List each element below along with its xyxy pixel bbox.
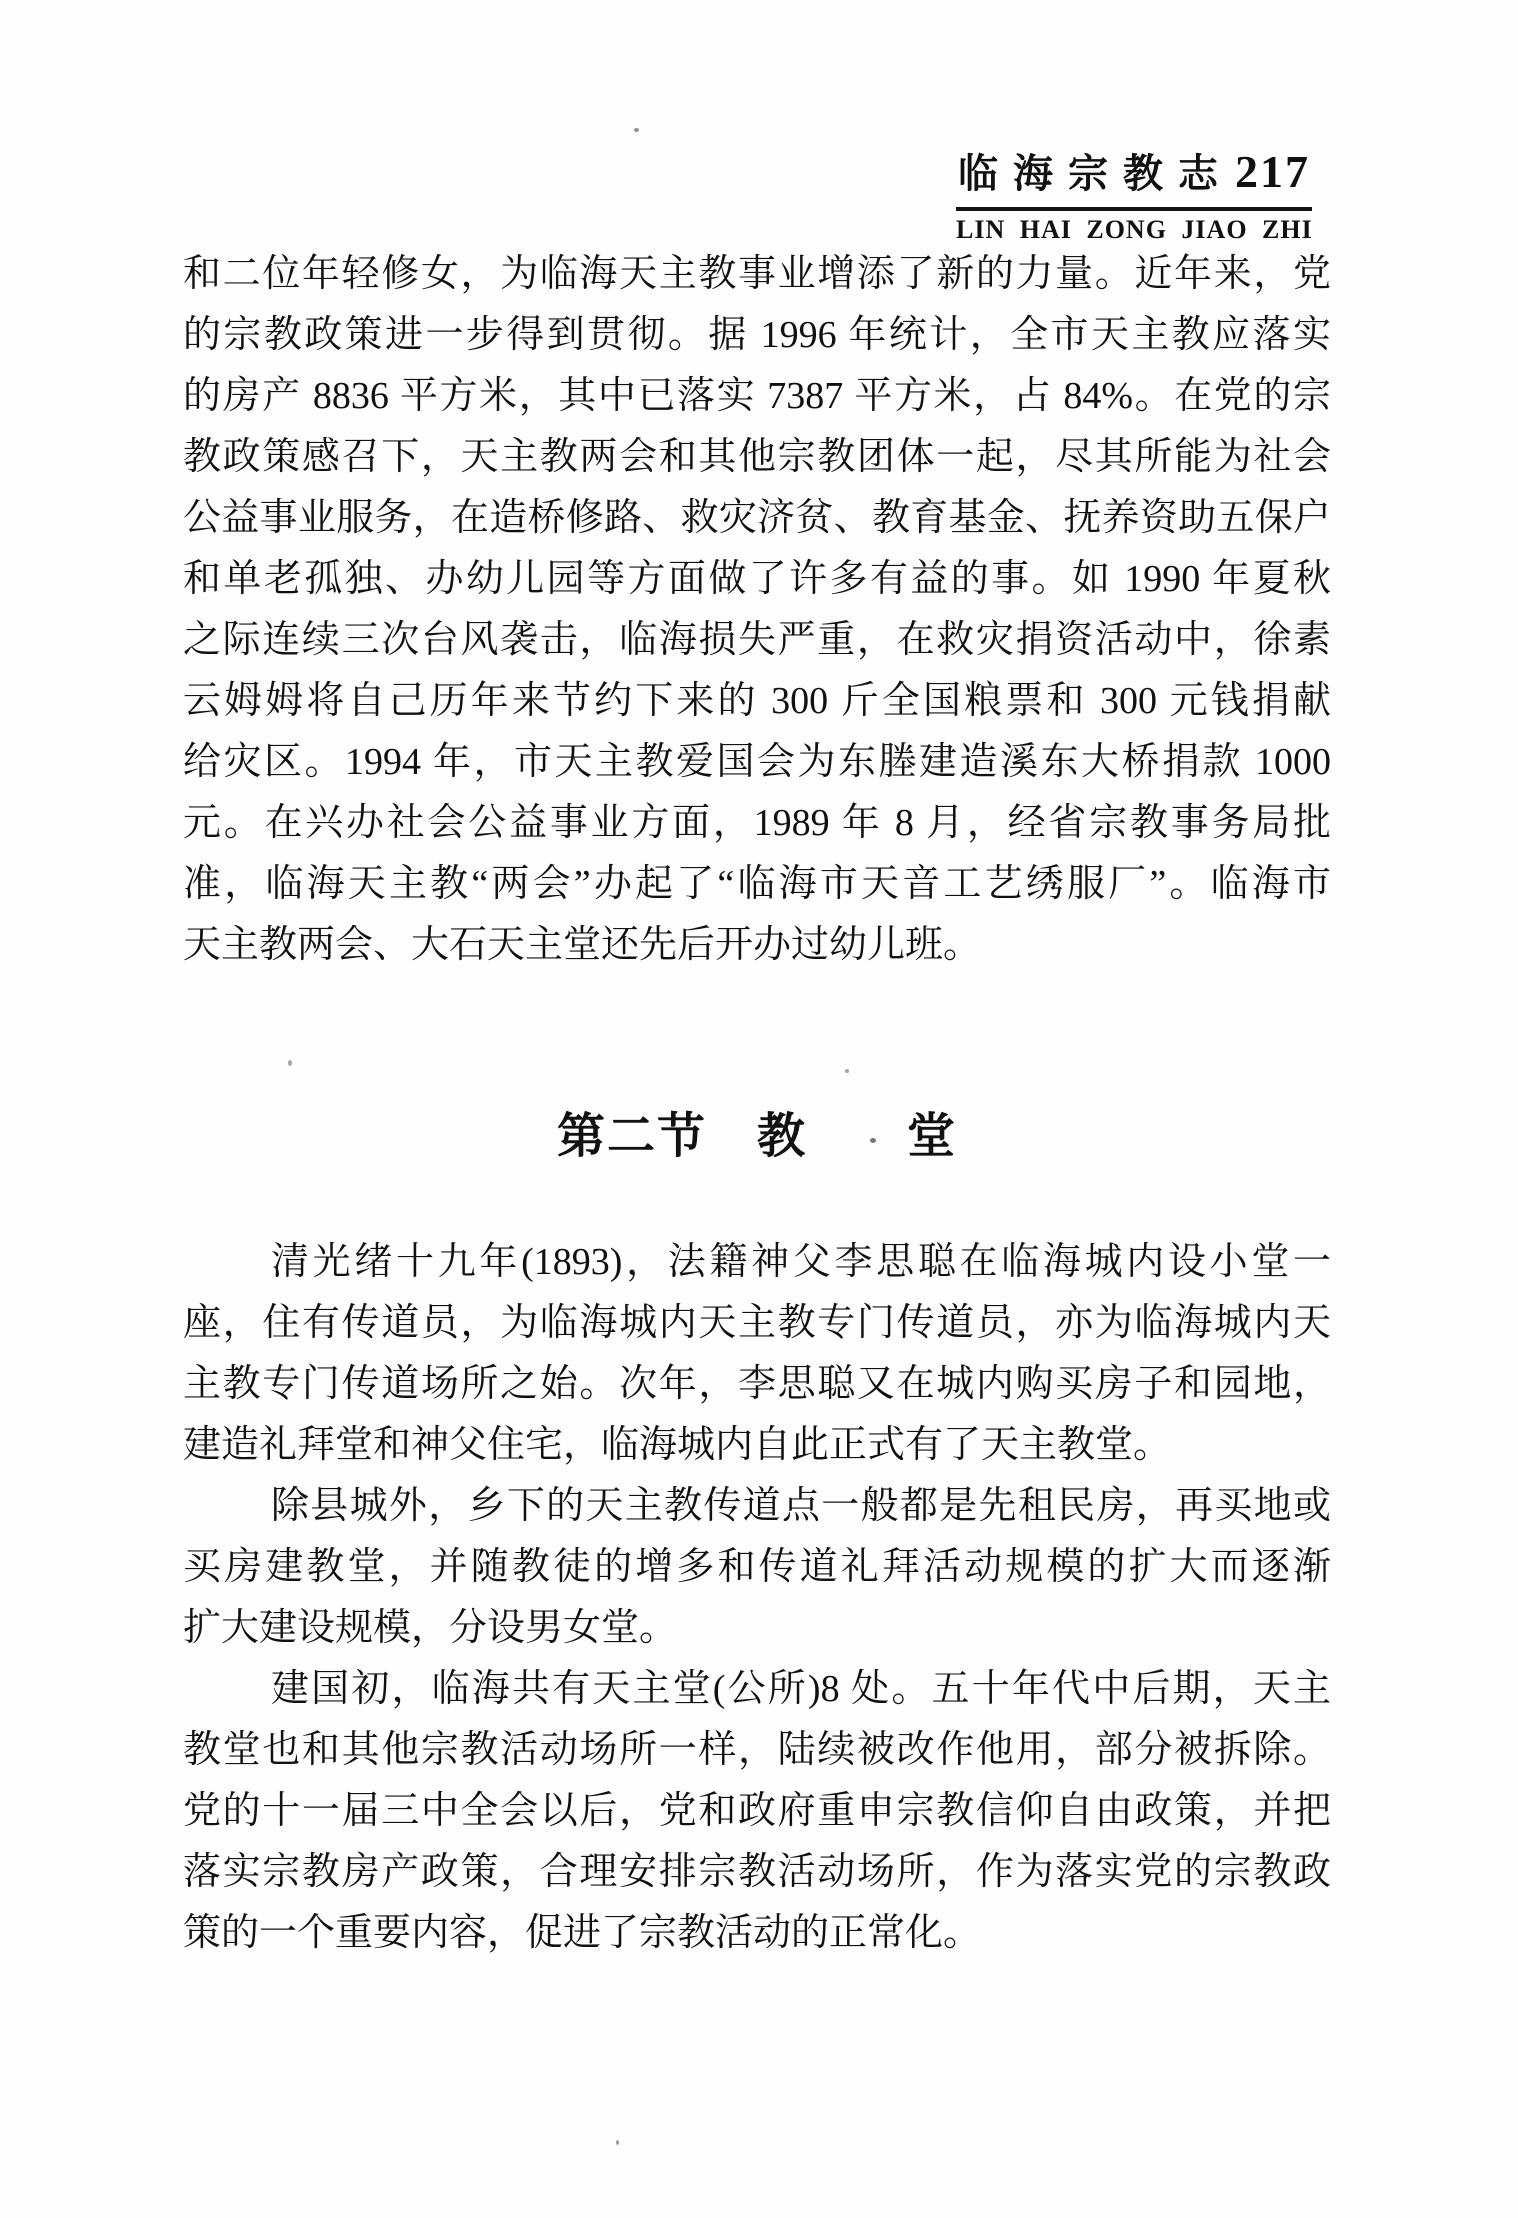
page-body: 和二位年轻修女，为临海天主教事业增添了新的力量。近年来，党的宗教政策进一步得到贯… xyxy=(183,244,1331,1964)
book-title: 临海宗教志 xyxy=(958,142,1233,199)
page-header: 临海宗教志 217 LIN HAI ZONG JIAO ZHI xyxy=(956,142,1312,245)
text-line: 准，临海天主教“两会”办起了“临海市天音工艺绣服厂”。临海市 xyxy=(183,854,1331,915)
paragraph-catholic-welfare: 和二位年轻修女，为临海天主教事业增添了新的力量。近年来，党的宗教政策进一步得到贯… xyxy=(183,244,1331,976)
paragraph-rural-chapels: 除县城外，乡下的天主教传道点一般都是先租民房，再买地或买房建教堂，并随教徒的增多… xyxy=(183,1476,1331,1659)
scan-speck xyxy=(616,2140,619,2145)
text-line: 主教专门传道场所之始。次年，李思聪又在城内购买房子和园地， xyxy=(183,1354,1331,1415)
text-line: 教政策感召下，天主教两会和其他宗教团体一起，尽其所能为社会 xyxy=(183,427,1331,488)
text-line: 教堂也和其他宗教活动场所一样，陆续被改作他用，部分被拆除。 xyxy=(183,1720,1331,1781)
header-rule: 临海宗教志 217 xyxy=(956,142,1312,211)
scanned-book-page: 临海宗教志 217 LIN HAI ZONG JIAO ZHI 和二位年轻修女，… xyxy=(0,0,1518,2218)
text-line: 扩大建设规模，分设男女堂。 xyxy=(183,1598,1331,1659)
paragraph-post-liberation-policy: 建国初，临海共有天主堂(公所)8 处。五十年代中后期，天主教堂也和其他宗教活动场… xyxy=(183,1659,1331,1964)
scan-speck xyxy=(634,128,639,132)
text-line: 买房建教堂，并随教徒的增多和传道礼拜活动规模的扩大而逐渐 xyxy=(183,1537,1331,1598)
text-line: 和二位年轻修女，为临海天主教事业增添了新的力量。近年来，党 xyxy=(183,244,1331,305)
book-title-pinyin: LIN HAI ZONG JIAO ZHI xyxy=(956,215,1312,245)
text-line: 元。在兴办社会公益事业方面，1989 年 8 月，经省宗教事务局批 xyxy=(183,793,1331,854)
text-line: 建造礼拜堂和神父住宅，临海城内自此正式有了天主教堂。 xyxy=(183,1415,1331,1476)
text-line: 和单老孤独、办幼儿园等方面做了许多有益的事。如 1990 年夏秋 xyxy=(183,549,1331,610)
text-line: 建国初，临海共有天主堂(公所)8 处。五十年代中后期，天主 xyxy=(183,1659,1331,1720)
text-line: 策的一个重要内容，促进了宗教活动的正常化。 xyxy=(183,1903,1331,1964)
text-line: 之际连续三次台风袭击，临海损失严重，在救灾捐资活动中，徐素 xyxy=(183,610,1331,671)
text-line: 座，住有传道员，为临海城内天主教专门传道员，亦为临海城内天 xyxy=(183,1293,1331,1354)
text-line: 除县城外，乡下的天主教传道点一般都是先租民房，再买地或 xyxy=(183,1476,1331,1537)
paragraph-first-church-in-city: 清光绪十九年(1893)，法籍神父李思聪在临海城内设小堂一座，住有传道员，为临海… xyxy=(183,1232,1331,1476)
text-line: 云姆姆将自己历年来节约下来的 300 斤全国粮票和 300 元钱捐献 xyxy=(183,671,1331,732)
page-number: 217 xyxy=(1235,145,1310,198)
text-line: 清光绪十九年(1893)，法籍神父李思聪在临海城内设小堂一 xyxy=(183,1232,1331,1293)
text-line: 给灾区。1994 年，市天主教爱国会为东塍建造溪东大桥捐款 1000 xyxy=(183,732,1331,793)
text-line: 党的十一届三中全会以后，党和政府重申宗教信仰自由政策，并把 xyxy=(183,1781,1331,1842)
section-heading: 第二节 教 堂 xyxy=(183,1107,1331,1167)
text-line: 落实宗教房产政策，合理安排宗教活动场所，作为落实党的宗教政 xyxy=(183,1842,1331,1903)
text-line: 的宗教政策进一步得到贯彻。据 1996 年统计，全市天主教应落实 xyxy=(183,305,1331,366)
text-line: 的房产 8836 平方米，其中已落实 7387 平方米，占 84%。在党的宗 xyxy=(183,366,1331,427)
text-line: 天主教两会、大石天主堂还先后开办过幼儿班。 xyxy=(183,915,1331,976)
text-line: 公益事业服务，在造桥修路、救灾济贫、教育基金、抚养资助五保户 xyxy=(183,488,1331,549)
